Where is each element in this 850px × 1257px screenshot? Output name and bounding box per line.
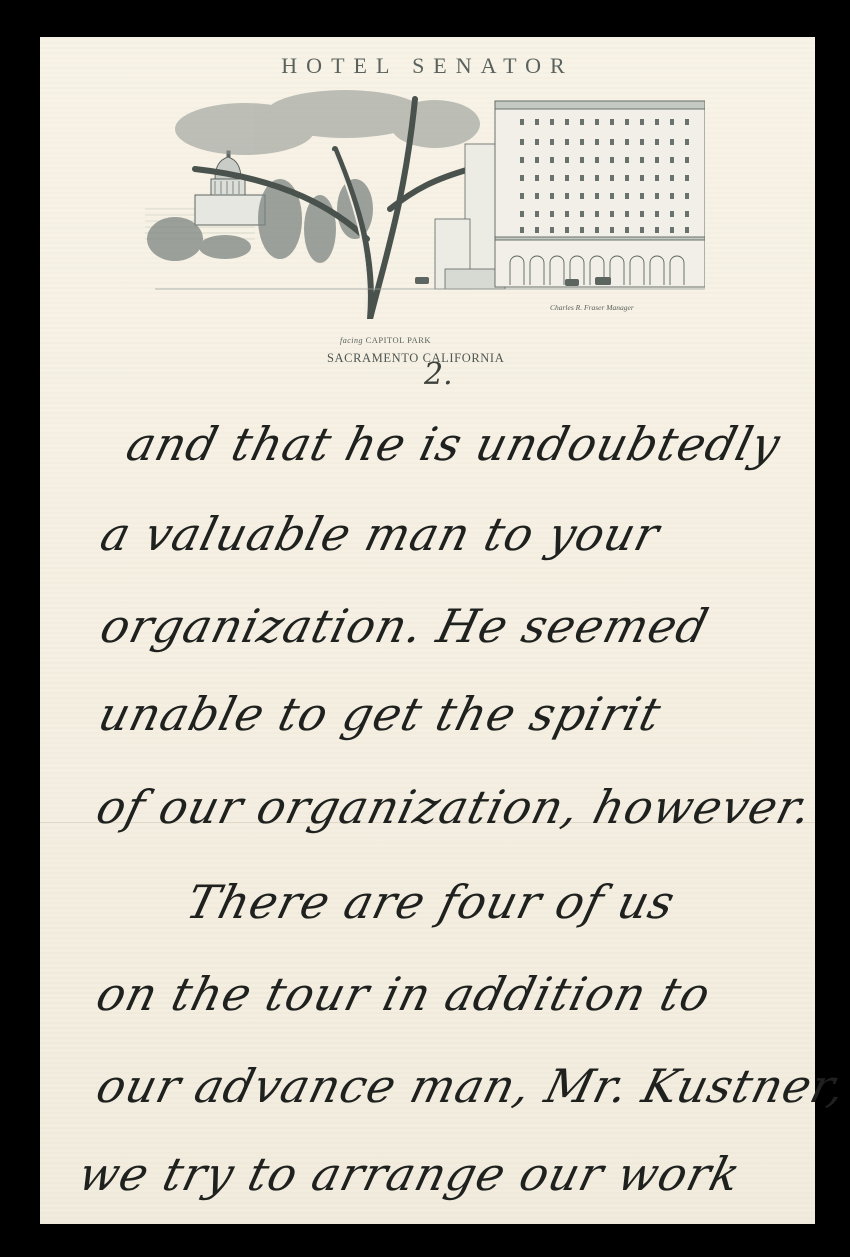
handwritten-line: of our organization, however. bbox=[91, 780, 818, 834]
handwritten-line: we try to arrange our work bbox=[73, 1147, 746, 1201]
page-number: 2. bbox=[424, 357, 453, 392]
facing-prefix: facing bbox=[340, 336, 363, 345]
handwritten-line: There are four of us bbox=[181, 875, 681, 929]
handwritten-line: unable to get the spirit bbox=[93, 687, 667, 741]
facing-text: CAPITOL PARK bbox=[366, 335, 431, 345]
letterhead-title: HOTEL SENATOR bbox=[40, 53, 815, 79]
manager-credit: Charles R. Fraser Manager bbox=[550, 303, 634, 312]
city-line: SACRAMENTO CALIFORNIA bbox=[327, 351, 504, 366]
handwritten-line: organization. He seemed bbox=[95, 599, 714, 653]
handwritten-line: our advance man, Mr. Kustner, bbox=[91, 1059, 850, 1113]
handwritten-line: and that he is undoubtedly bbox=[121, 417, 786, 471]
letter-page: HOTEL SENATOR bbox=[40, 37, 815, 1224]
facing-capitol-park: facing CAPITOL PARK bbox=[340, 335, 431, 345]
handwritten-line: a valuable man to your bbox=[95, 507, 665, 561]
letterhead-illustration-icon bbox=[135, 89, 705, 319]
handwritten-line: on the tour in addition to bbox=[91, 967, 716, 1021]
